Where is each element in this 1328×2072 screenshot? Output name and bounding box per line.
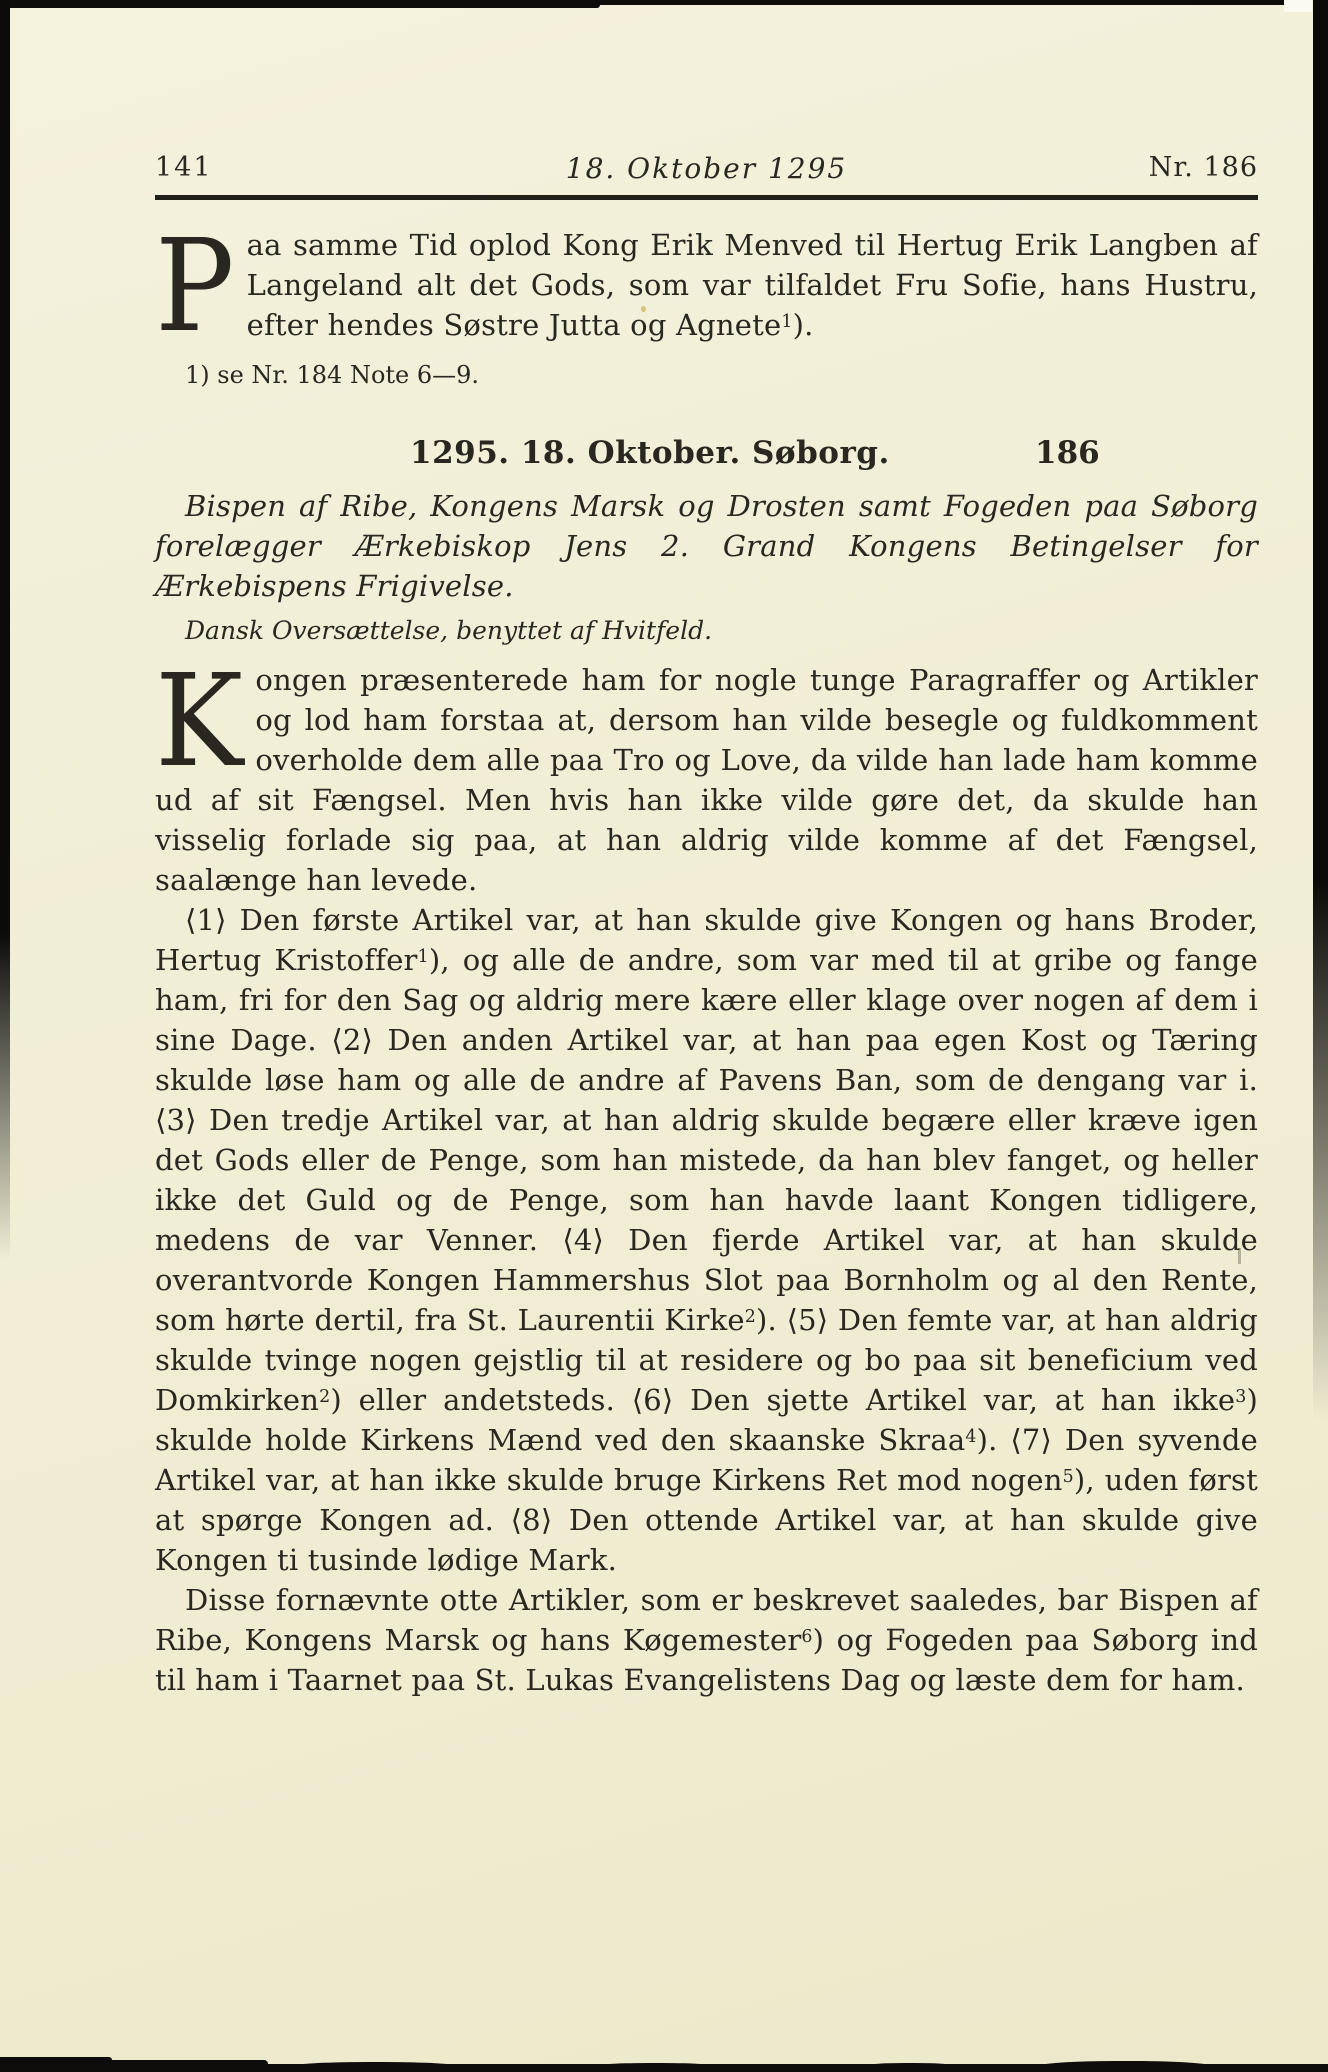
head-rule (155, 195, 1258, 200)
entry-paragraph-2: ⟨1⟩ Den første Artikel var, at han skuld… (155, 900, 1258, 1580)
scan-edge-bottom-blob (1040, 2061, 1210, 2072)
scan-edge-bottom-blob (860, 2063, 960, 2072)
entry-paragraph-1-text: ongen præsenterede ham for nogle tunge P… (155, 663, 1258, 897)
scan-edge-bottom-blob (290, 2062, 460, 2072)
entry-heading-number: 186 (1035, 435, 1100, 471)
scan-edge-right (1313, 0, 1328, 1420)
scan-edge-bottom-blob (590, 2063, 720, 2072)
intro-paragraph: Paa samme Tid oplod Kong Erik Menved til… (155, 225, 1258, 345)
source-note: Dansk Oversættelse, benyttet af Hvitfeld… (185, 615, 1258, 647)
entry-heading-title: 1295. 18. Oktober. Søborg. (410, 435, 890, 471)
entry-paragraph-1: Kongen præsenterede ham for nogle tunge … (155, 660, 1258, 900)
scan-corner-notch (1284, 0, 1312, 12)
entry-heading: 1295. 18. Oktober. Søborg. 186 (155, 435, 1258, 471)
running-head-number: Nr. 186 (1149, 152, 1258, 183)
running-head-date: 18. Oktober 1295 (155, 152, 1258, 185)
scan-edge-bottom-blob (0, 2057, 112, 2072)
scan-edge-left (0, 0, 10, 1260)
drop-cap-p: P (155, 225, 247, 338)
scan-edge-top (0, 0, 1290, 5)
drop-cap-k: K (155, 660, 255, 773)
running-head: 141 18. Oktober 1295 Nr. 186 (155, 152, 1258, 186)
intro-text: aa samme Tid oplod Kong Erik Menved til … (247, 228, 1258, 342)
scan-edge-bottom-blob (110, 2060, 268, 2072)
entry-summary: Bispen af Ribe, Kongens Marsk og Drosten… (155, 486, 1258, 606)
footnote: 1) se Nr. 184 Note 6—9. (185, 360, 1258, 390)
page: 141 18. Oktober 1295 Nr. 186 Paa samme T… (155, 152, 1258, 1700)
entry-paragraph-3: Disse fornævnte otte Artikler, som er be… (155, 1580, 1258, 1700)
